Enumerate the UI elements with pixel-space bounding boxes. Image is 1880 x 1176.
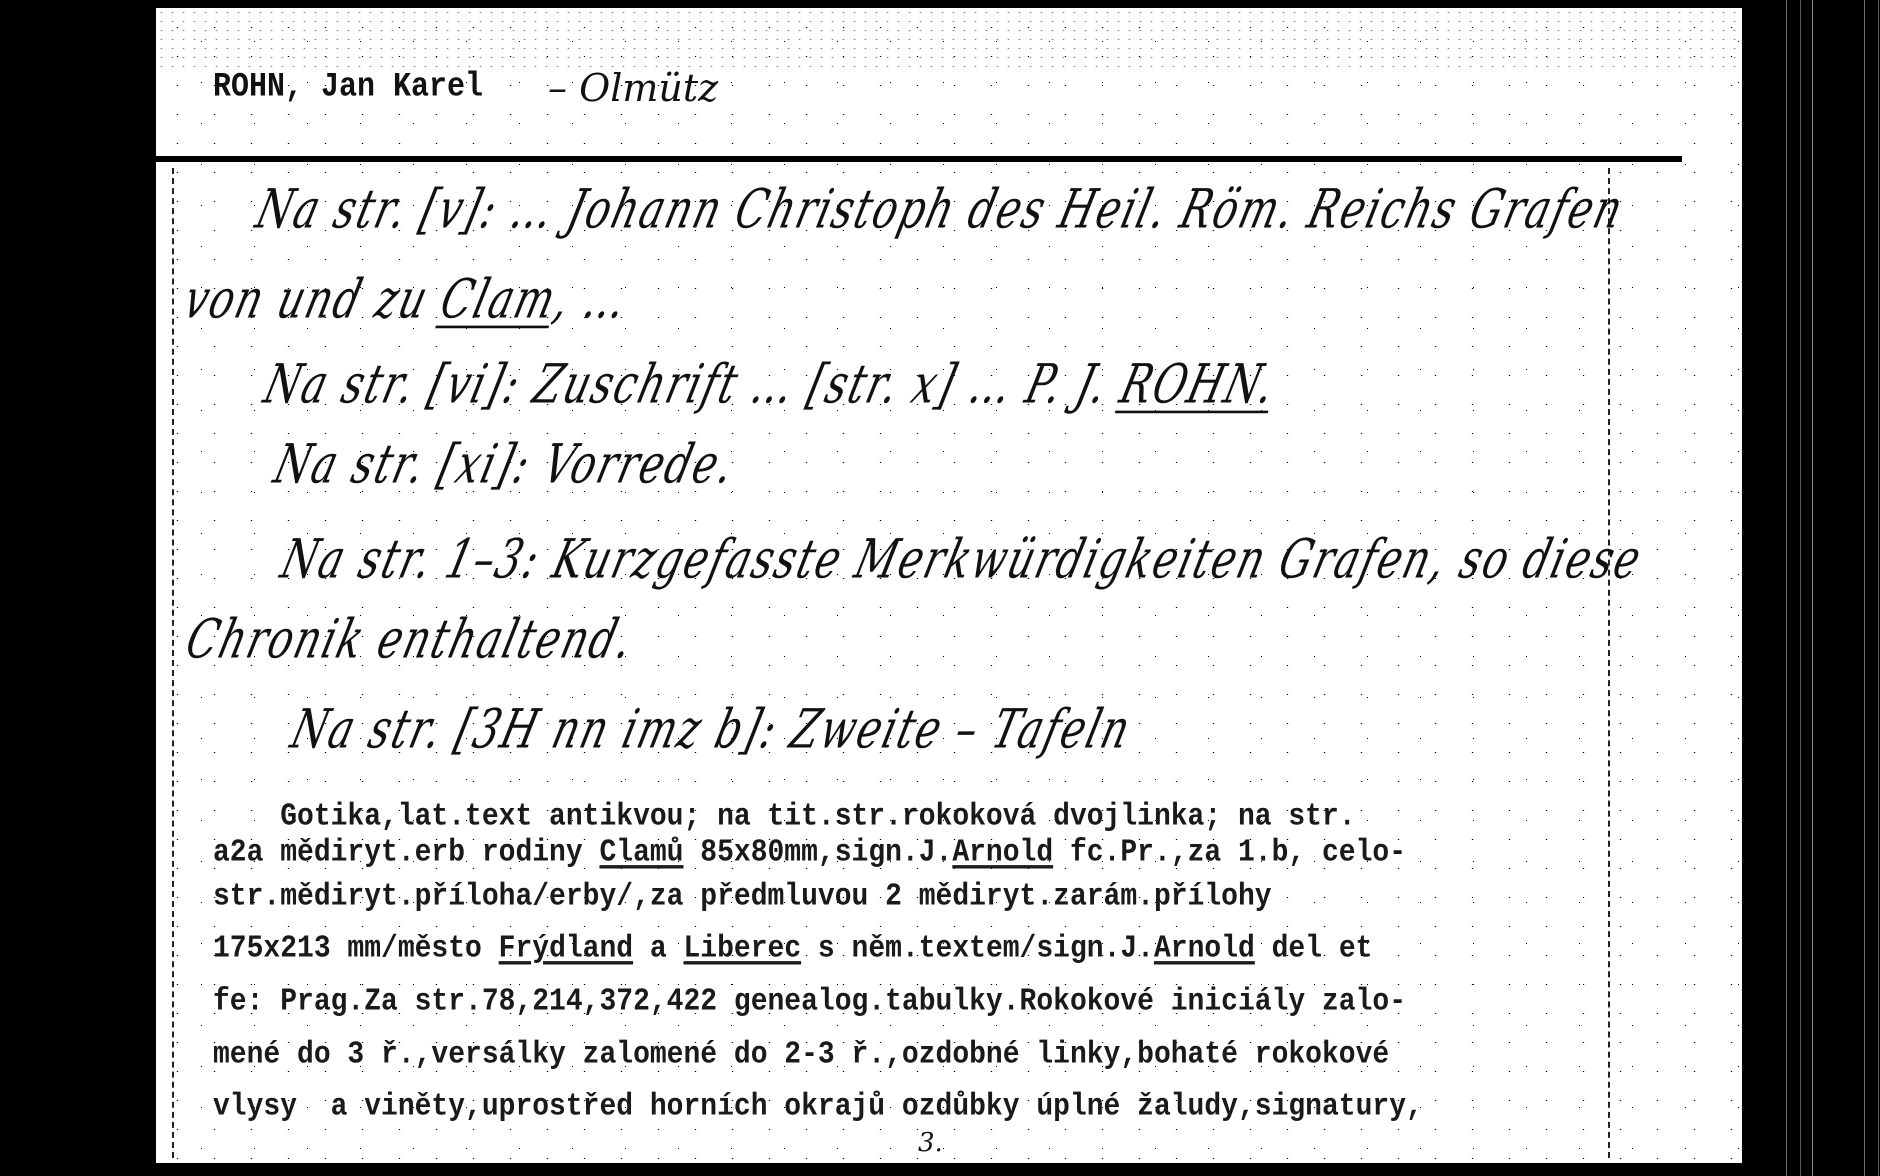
handwritten-line: von und zu Clam, … <box>178 269 635 331</box>
handwritten-line: Na str. [vi]: Zuschrift … [str. x] … P. … <box>258 354 1283 416</box>
typed-line: fe: Prag.Za str.78,214,372,422 genealog.… <box>213 985 1613 1020</box>
card-heading: ROHN, Jan Karel <box>213 68 483 107</box>
typed-line: Gotika,lat.text antikvou; na tit.str.rok… <box>213 800 1613 835</box>
handwritten-line: Na str. 1–3: Kurzgefasste Merkwürdigkeit… <box>275 529 1649 591</box>
left-margin-line <box>172 168 174 1158</box>
scan-noise <box>156 8 1742 68</box>
typed-line: a2a mědiryt.erb rodiny Clamů 85x80mm,sig… <box>213 836 1613 871</box>
typed-line: mené do 3 ř.,versálky zalomené do 2-3 ř.… <box>213 1038 1613 1073</box>
handwritten-heading-note: – Olmütz <box>548 66 718 110</box>
typed-line: 175x213 mm/město Frýdland a Liberec s ně… <box>213 932 1613 967</box>
scan-border <box>1742 0 1880 1176</box>
page-number: 3. <box>918 1128 943 1158</box>
typed-line: vlysy a viněty,uprostřed horních okrajů … <box>213 1090 1613 1125</box>
handwritten-line: Na str. [xi]: Vorrede. <box>268 434 742 496</box>
handwritten-line: Na str. [v]: … Johann Christoph des Heil… <box>250 179 1630 241</box>
typed-line: str.mědiryt.příloha/erby/,za předmluvou … <box>213 880 1613 915</box>
heading-rule <box>156 156 1682 162</box>
handwritten-line: Na str. [3H nn imz b]: Zweite – Tafeln <box>285 699 1138 761</box>
handwritten-line: Chronik enthaltend. <box>180 609 640 671</box>
